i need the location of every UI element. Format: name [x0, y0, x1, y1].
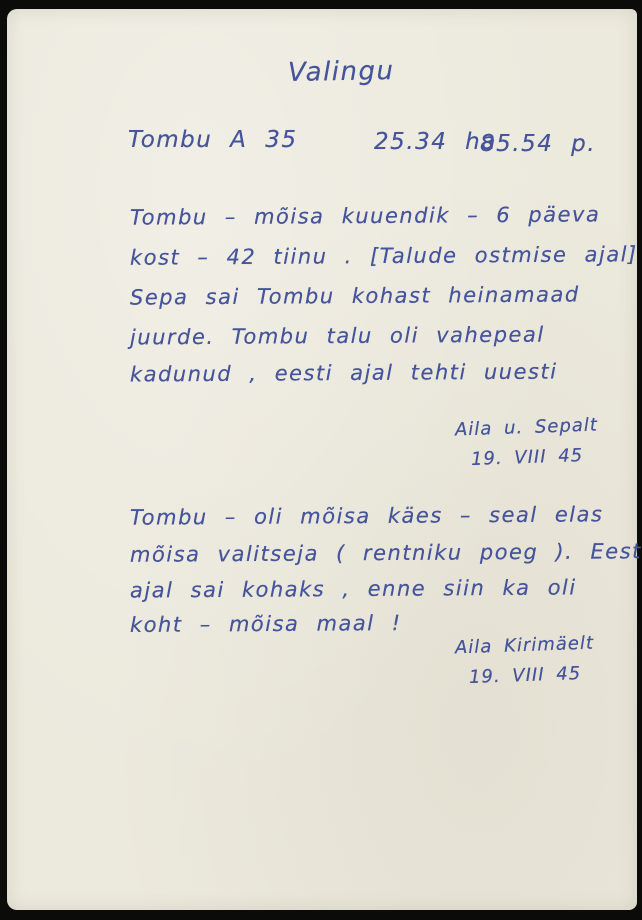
paragraph1-line2: kost – 42 tiinu . [Talude ostmise ajal]	[130, 242, 638, 270]
price-value: 85.54 p.	[480, 131, 596, 157]
signature-2: Aila Kirimäelt	[455, 633, 595, 659]
farm-name: Tombu A 35	[128, 127, 297, 153]
page-title: Valingu	[288, 56, 395, 88]
signature-1: Aila u. Sepalt	[455, 415, 599, 441]
scanned-document: Valingu Tombu A 35 25.34 ha 85.54 p. Tom…	[0, 0, 642, 920]
paragraph1-line1: Tombu – mõisa kuuendik – 6 päeva	[130, 202, 600, 229]
paragraph2-line2: mõisa valitseja ( rentniku poeg ). Eesti	[130, 539, 642, 567]
paragraph1-line3: Sepa sai Tombu kohast heinamaad	[130, 282, 580, 309]
area-value: 25.34 ha	[374, 129, 497, 155]
paragraph2-line3: ajal sai kohaks , enne siin ka oli	[130, 575, 577, 602]
paragraph1-line4: juurde. Tombu talu oli vahepeal	[130, 323, 545, 350]
signature-2-date: 19. VIII 45	[469, 663, 582, 688]
paragraph2-line1: Tombu – oli mõisa käes – seal elas	[130, 502, 604, 529]
paragraph2-line4: koht – mõisa maal !	[130, 611, 402, 637]
paper-sheet: Valingu Tombu A 35 25.34 ha 85.54 p. Tom…	[7, 9, 637, 910]
signature-1-date: 19. VIII 45	[471, 445, 584, 470]
paragraph1-line5: kadunud , eesti ajal tehti uuesti	[130, 360, 558, 387]
